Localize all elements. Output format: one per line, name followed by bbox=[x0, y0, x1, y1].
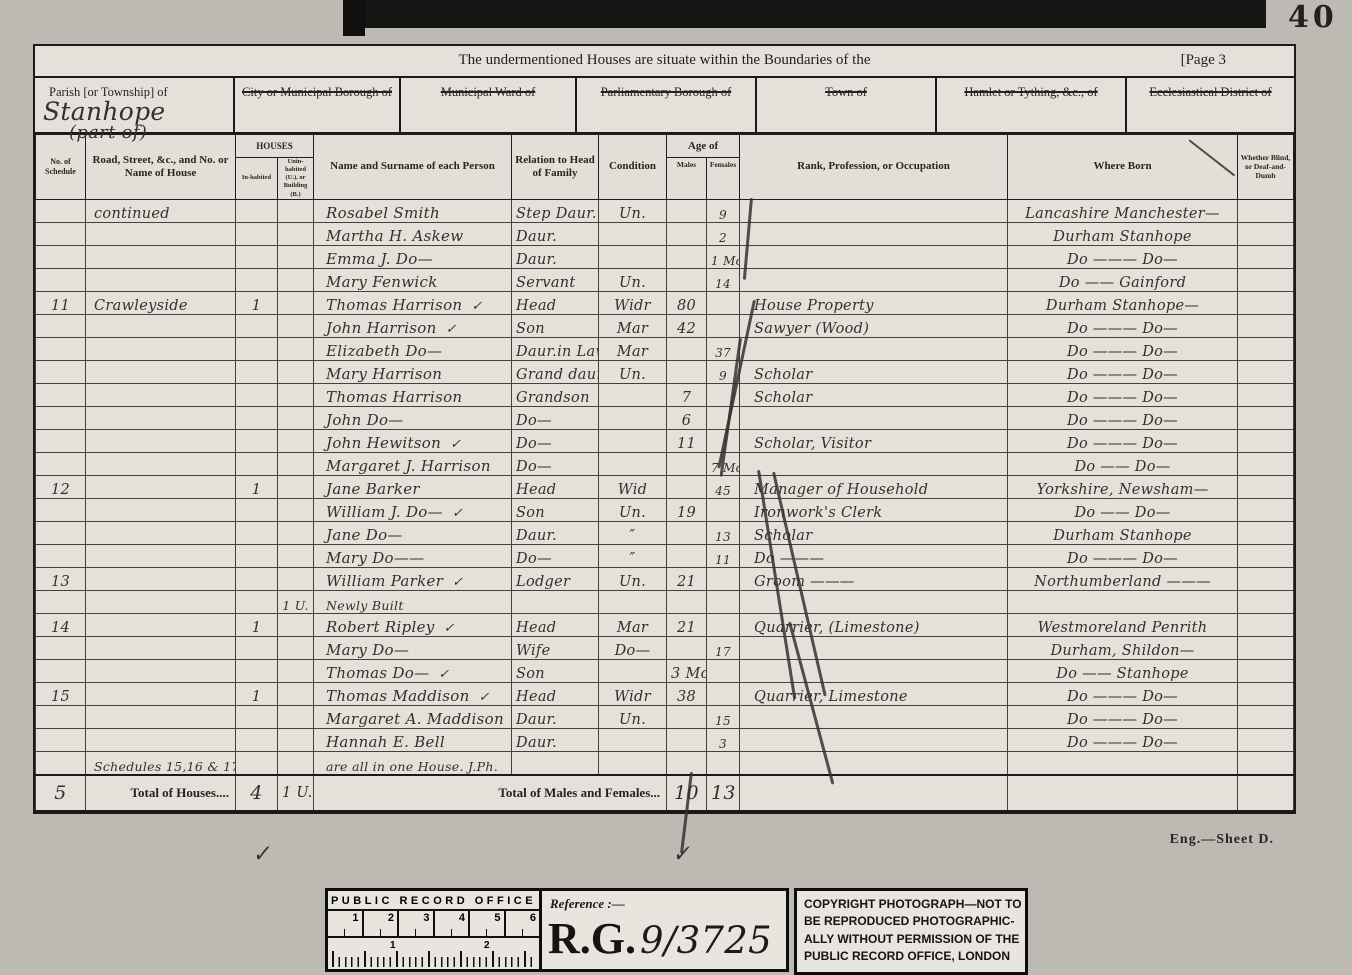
cell-name: William J. Do—✓ bbox=[314, 498, 512, 521]
cell-uninh bbox=[278, 199, 314, 222]
cell-road bbox=[86, 544, 236, 567]
cell-m bbox=[667, 452, 707, 475]
cell-inh bbox=[236, 498, 278, 521]
census-row: William J. Do—✓SonUn.19Ironwork's ClerkD… bbox=[36, 498, 1294, 521]
cell-name: Rosabel Smith bbox=[314, 199, 512, 222]
cell-inh bbox=[236, 544, 278, 567]
cell-born: Durham Stanhope— bbox=[1008, 291, 1238, 314]
ruler-inch-mark: 2 bbox=[364, 911, 400, 936]
cell-sch bbox=[36, 360, 86, 383]
cell-uninh bbox=[278, 475, 314, 498]
copyright-line: BE REPRODUCED PHOTOGRAPHIC- bbox=[804, 913, 1018, 930]
check-mark-icon: ✓ bbox=[438, 667, 449, 682]
cell-cond bbox=[599, 452, 667, 475]
cell-inh bbox=[236, 406, 278, 429]
cell-name: William Parker✓ bbox=[314, 567, 512, 590]
census-row: John Do—Do—6Do ——— Do— bbox=[36, 406, 1294, 429]
cell-rel: Son bbox=[512, 659, 599, 682]
cell-name: Margaret A. Maddison bbox=[314, 705, 512, 728]
cell-uninh bbox=[278, 314, 314, 337]
cell-blind bbox=[1238, 360, 1294, 383]
cell-m bbox=[667, 337, 707, 360]
cell-name: Thomas Maddison✓ bbox=[314, 682, 512, 705]
cell-rel: Son bbox=[512, 498, 599, 521]
cell-m bbox=[667, 636, 707, 659]
cell-m bbox=[667, 544, 707, 567]
cell-sch bbox=[36, 728, 86, 751]
cell-name: are all in one House. J.Ph. bbox=[314, 751, 512, 775]
cell-road bbox=[86, 314, 236, 337]
cell-road bbox=[86, 659, 236, 682]
census-row: John Hewitson✓Do—11Scholar, VisitorDo ——… bbox=[36, 429, 1294, 452]
census-row: Thomas HarrisonGrandson7ScholarDo ——— Do… bbox=[36, 383, 1294, 406]
cell-road bbox=[86, 452, 236, 475]
cell-sch bbox=[36, 268, 86, 291]
cell-name: Robert Ripley✓ bbox=[314, 613, 512, 636]
cell-born: Westmoreland Penrith bbox=[1008, 613, 1238, 636]
ruler-inch-mark: 4 bbox=[435, 911, 471, 936]
cell-uninh bbox=[278, 705, 314, 728]
folio-number: 40 bbox=[1288, 0, 1338, 35]
cell-f: 37 bbox=[707, 337, 740, 360]
cell-born: Do ——— Do— bbox=[1008, 429, 1238, 452]
cell-rel: Daur. bbox=[512, 222, 599, 245]
cell-f: 9 bbox=[707, 199, 740, 222]
cell-occ: Scholar bbox=[740, 521, 1008, 544]
census-scan-page: 40 The undermentioned Houses are situate… bbox=[0, 0, 1352, 975]
hamlet-box: Hamlet or Tything, &c., of bbox=[937, 78, 1127, 132]
cell-inh bbox=[236, 268, 278, 291]
cell-inh: 1 bbox=[236, 291, 278, 314]
cell-road bbox=[86, 383, 236, 406]
cell-cond: Un. bbox=[599, 360, 667, 383]
cell-occ bbox=[740, 199, 1008, 222]
cell-cond bbox=[599, 245, 667, 268]
census-row: Martha H. AskewDaur.2Durham Stanhope bbox=[36, 222, 1294, 245]
col-header-name: Name and Surname of each Person bbox=[314, 135, 512, 200]
cell-blind bbox=[1238, 636, 1294, 659]
cell-born: Do —— Gainford bbox=[1008, 268, 1238, 291]
census-row: John Harrison✓SonMar42Sawyer (Wood)Do ——… bbox=[36, 314, 1294, 337]
cell-inh bbox=[236, 245, 278, 268]
cell-m bbox=[667, 590, 707, 613]
cell-rel: Daur. bbox=[512, 705, 599, 728]
cell-inh bbox=[236, 429, 278, 452]
census-row: 13William Parker✓LodgerUn.21Groom ———Nor… bbox=[36, 567, 1294, 590]
cell-sch bbox=[36, 314, 86, 337]
col-header-females: Females bbox=[707, 158, 740, 200]
totals-schedule: 5 bbox=[36, 775, 86, 811]
cell-cond bbox=[599, 429, 667, 452]
cell-rel: Do— bbox=[512, 452, 599, 475]
cell-inh bbox=[236, 360, 278, 383]
cell-uninh bbox=[278, 751, 314, 775]
cell-sch bbox=[36, 521, 86, 544]
cell-f bbox=[707, 498, 740, 521]
cell-sch: 14 bbox=[36, 613, 86, 636]
cell-cond: ″ bbox=[599, 544, 667, 567]
cell-cond bbox=[599, 590, 667, 613]
cell-rel: Daur. bbox=[512, 245, 599, 268]
cell-blind bbox=[1238, 613, 1294, 636]
cell-m bbox=[667, 705, 707, 728]
cell-f: 2 bbox=[707, 222, 740, 245]
cell-blind bbox=[1238, 268, 1294, 291]
cell-f: 1 Mo bbox=[707, 245, 740, 268]
cell-name: Mary Do—— bbox=[314, 544, 512, 567]
cell-f: 3 bbox=[707, 728, 740, 751]
cell-inh bbox=[236, 751, 278, 775]
sheet-caption: The undermentioned Houses are situate wi… bbox=[35, 52, 1294, 69]
cell-blind bbox=[1238, 245, 1294, 268]
cell-m: 21 bbox=[667, 613, 707, 636]
cell-rel: Do— bbox=[512, 406, 599, 429]
cell-occ: Ironwork's Clerk bbox=[740, 498, 1008, 521]
cell-inh bbox=[236, 636, 278, 659]
cell-rel: Grandson bbox=[512, 383, 599, 406]
page-number-label: [Page 3 bbox=[1181, 52, 1226, 69]
cell-blind bbox=[1238, 199, 1294, 222]
totals-uninhabited: 1 U. bbox=[278, 775, 314, 811]
cell-rel bbox=[512, 751, 599, 775]
cell-blind bbox=[1238, 475, 1294, 498]
cell-road bbox=[86, 429, 236, 452]
cell-born: Do ——— Do— bbox=[1008, 245, 1238, 268]
cell-rel: Head bbox=[512, 475, 599, 498]
town-label: Town of bbox=[825, 85, 867, 99]
cell-sch bbox=[36, 705, 86, 728]
census-row: 1 U.Newly Built bbox=[36, 590, 1294, 613]
cell-sch bbox=[36, 337, 86, 360]
cell-born: Do ——— Do— bbox=[1008, 728, 1238, 751]
margin-check-mark: ✓ bbox=[251, 841, 272, 868]
cell-rel: Do— bbox=[512, 544, 599, 567]
cell-name: Emma J. Do— bbox=[314, 245, 512, 268]
ruler-cm-mark: 1 bbox=[390, 940, 396, 951]
cell-uninh bbox=[278, 245, 314, 268]
census-row: 151Thomas Maddison✓HeadWidr38Quarrier, L… bbox=[36, 682, 1294, 705]
cell-born: Do ——— Do— bbox=[1008, 383, 1238, 406]
cell-m: 38 bbox=[667, 682, 707, 705]
cell-rel: Son bbox=[512, 314, 599, 337]
caption-row: The undermentioned Houses are situate wi… bbox=[35, 46, 1294, 78]
cell-born bbox=[1008, 590, 1238, 613]
ecclesiastical-district-label: Ecclesiastical District of bbox=[1149, 85, 1271, 99]
col-header-occupation: Rank, Profession, or Occupation bbox=[740, 135, 1008, 200]
cell-uninh bbox=[278, 682, 314, 705]
cell-uninh bbox=[278, 728, 314, 751]
cell-road: Crawleyside bbox=[86, 291, 236, 314]
cell-road bbox=[86, 728, 236, 751]
totals-occupation-blank bbox=[740, 775, 1008, 811]
cell-uninh bbox=[278, 452, 314, 475]
cell-rel: Daur. bbox=[512, 521, 599, 544]
cell-road bbox=[86, 245, 236, 268]
cell-road bbox=[86, 567, 236, 590]
cell-occ: House Property bbox=[740, 291, 1008, 314]
pro-ruler-card: PUBLIC RECORD OFFICE 1 2 3 4 5 6 1 2 Ref bbox=[325, 888, 789, 972]
cell-born: Do ——— Do— bbox=[1008, 544, 1238, 567]
parish-box: Parish [or Township] of Stanhope (part o… bbox=[35, 78, 235, 132]
check-mark-icon: ✓ bbox=[479, 690, 490, 705]
cell-sch: 11 bbox=[36, 291, 86, 314]
cell-uninh bbox=[278, 613, 314, 636]
cell-uninh bbox=[278, 291, 314, 314]
cell-road: continued bbox=[86, 199, 236, 222]
cell-blind bbox=[1238, 521, 1294, 544]
col-header-houses: HOUSES bbox=[236, 135, 314, 158]
cell-rel: Wife bbox=[512, 636, 599, 659]
col-header-infirmity: Whether Blind, or Deaf-and-Dumb bbox=[1238, 135, 1294, 200]
cell-cond bbox=[599, 728, 667, 751]
parliamentary-borough-box: Parliamentary Borough of bbox=[577, 78, 757, 132]
totals-born-blank bbox=[1008, 775, 1238, 811]
cell-blind bbox=[1238, 659, 1294, 682]
cell-cond bbox=[599, 659, 667, 682]
cell-f bbox=[707, 406, 740, 429]
census-row: Jane Do—Daur.″13ScholarDurham Stanhope bbox=[36, 521, 1294, 544]
cell-name: Margaret J. Harrison bbox=[314, 452, 512, 475]
cell-occ: Do ——— bbox=[740, 544, 1008, 567]
margin-check-mark: ✓ bbox=[671, 841, 691, 867]
cell-rel: Head bbox=[512, 291, 599, 314]
ruler-cm-mark: 2 bbox=[484, 940, 490, 951]
cell-f: 11 bbox=[707, 544, 740, 567]
ruler-centimetres: 1 2 bbox=[328, 938, 539, 969]
cell-m bbox=[667, 475, 707, 498]
cell-uninh bbox=[278, 222, 314, 245]
cell-inh bbox=[236, 199, 278, 222]
reference-series: R.G. bbox=[548, 914, 636, 963]
cell-occ: Groom ——— bbox=[740, 567, 1008, 590]
cell-road bbox=[86, 337, 236, 360]
cell-name: Mary Harrison bbox=[314, 360, 512, 383]
cell-f: 45 bbox=[707, 475, 740, 498]
reference-box: Reference :— R.G.9/3725 bbox=[542, 891, 786, 969]
sheet-series-label: Eng.—Sheet D. bbox=[1170, 832, 1274, 848]
cell-blind bbox=[1238, 544, 1294, 567]
col-header-inhabited: In-habited bbox=[236, 158, 278, 200]
cell-road bbox=[86, 705, 236, 728]
census-row: Elizabeth Do—Daur.in LawMar37Do ——— Do— bbox=[36, 337, 1294, 360]
cell-m: 19 bbox=[667, 498, 707, 521]
cell-road bbox=[86, 222, 236, 245]
cell-f bbox=[707, 314, 740, 337]
cell-rel: Step Daur. bbox=[512, 199, 599, 222]
check-mark-icon: ✓ bbox=[444, 621, 455, 636]
census-row: 141Robert Ripley✓HeadMar21Quarrier, (Lim… bbox=[36, 613, 1294, 636]
cell-f: 13 bbox=[707, 521, 740, 544]
cell-road: Schedules 15,16 & 17 bbox=[86, 751, 236, 775]
cell-f bbox=[707, 659, 740, 682]
cell-blind bbox=[1238, 751, 1294, 775]
cell-name: Newly Built bbox=[314, 590, 512, 613]
cell-born: Northumberland ——— bbox=[1008, 567, 1238, 590]
copyright-line: ALLY WITHOUT PERMISSION OF THE bbox=[804, 931, 1018, 948]
cell-occ bbox=[740, 705, 1008, 728]
cell-born: Do —— Stanhope bbox=[1008, 659, 1238, 682]
cell-name: Thomas Do—✓ bbox=[314, 659, 512, 682]
cell-born: Yorkshire, Newsham— bbox=[1008, 475, 1238, 498]
cell-m: 42 bbox=[667, 314, 707, 337]
cell-m: 3 Mo bbox=[667, 659, 707, 682]
census-row: Hannah E. BellDaur.3Do ——— Do— bbox=[36, 728, 1294, 751]
cell-uninh: 1 U. bbox=[278, 590, 314, 613]
pro-office-title: PUBLIC RECORD OFFICE bbox=[328, 891, 539, 911]
cell-uninh bbox=[278, 337, 314, 360]
cell-blind bbox=[1238, 314, 1294, 337]
cell-m bbox=[667, 268, 707, 291]
copyright-line: COPYRIGHT PHOTOGRAPH—NOT TO bbox=[804, 896, 1018, 913]
cell-rel: Daur. bbox=[512, 728, 599, 751]
cell-born: Do ——— Do— bbox=[1008, 682, 1238, 705]
scan-black-notch bbox=[343, 0, 365, 36]
census-table-body: continuedRosabel SmithStep Daur.Un.9Lanc… bbox=[36, 199, 1294, 775]
cell-cond: Un. bbox=[599, 199, 667, 222]
census-row: Mary Do——Do—″11Do ———Do ——— Do— bbox=[36, 544, 1294, 567]
cell-m: 80 bbox=[667, 291, 707, 314]
cell-occ bbox=[740, 452, 1008, 475]
municipal-borough-label: City or Municipal Borough of bbox=[242, 85, 392, 99]
cell-m: 6 bbox=[667, 406, 707, 429]
cell-occ: Scholar bbox=[740, 383, 1008, 406]
municipal-ward-box: Municipal Ward of bbox=[401, 78, 577, 132]
cell-uninh bbox=[278, 544, 314, 567]
cell-m bbox=[667, 521, 707, 544]
totals-males-females-label: Total of Males and Females... bbox=[314, 775, 667, 811]
cell-m bbox=[667, 751, 707, 775]
census-row: 121Jane BarkerHeadWid45Manager of Househ… bbox=[36, 475, 1294, 498]
cell-f: 7 Mo bbox=[707, 452, 740, 475]
cell-sch bbox=[36, 751, 86, 775]
cell-f: 14 bbox=[707, 268, 740, 291]
cell-inh bbox=[236, 314, 278, 337]
cell-occ bbox=[740, 636, 1008, 659]
cell-cond: ″ bbox=[599, 521, 667, 544]
cell-cond: Mar bbox=[599, 314, 667, 337]
cell-sch: 15 bbox=[36, 682, 86, 705]
cell-road bbox=[86, 590, 236, 613]
cell-name: Mary Do— bbox=[314, 636, 512, 659]
cell-born: Do ——— Do— bbox=[1008, 360, 1238, 383]
cell-blind bbox=[1238, 705, 1294, 728]
cell-f: 17 bbox=[707, 636, 740, 659]
cell-inh bbox=[236, 222, 278, 245]
cell-sch bbox=[36, 383, 86, 406]
cell-inh bbox=[236, 521, 278, 544]
reference-piece-number: 9/3725 bbox=[640, 919, 772, 962]
cell-born: Durham Stanhope bbox=[1008, 521, 1238, 544]
check-mark-icon: ✓ bbox=[450, 437, 461, 452]
cell-uninh bbox=[278, 636, 314, 659]
cell-road bbox=[86, 613, 236, 636]
cell-name: John Harrison✓ bbox=[314, 314, 512, 337]
cell-m bbox=[667, 222, 707, 245]
cell-inh: 1 bbox=[236, 682, 278, 705]
cell-born: Do ——— Do— bbox=[1008, 406, 1238, 429]
cell-f bbox=[707, 383, 740, 406]
cell-cond: Un. bbox=[599, 567, 667, 590]
cell-uninh bbox=[278, 406, 314, 429]
cell-m: 7 bbox=[667, 383, 707, 406]
pro-reference-strip: PUBLIC RECORD OFFICE 1 2 3 4 5 6 1 2 Ref bbox=[325, 888, 1028, 975]
copyright-line: PUBLIC RECORD OFFICE, LONDON bbox=[804, 948, 1018, 965]
cell-cond: Wid bbox=[599, 475, 667, 498]
cell-occ bbox=[740, 406, 1008, 429]
totals-row: 5 Total of Houses.... 4 1 U. Total of Ma… bbox=[36, 775, 1294, 811]
cell-rel: Grand daur bbox=[512, 360, 599, 383]
cell-road bbox=[86, 268, 236, 291]
cell-f bbox=[707, 613, 740, 636]
cell-blind bbox=[1238, 383, 1294, 406]
totals-inhabited: 4 bbox=[236, 775, 278, 811]
cell-name: Thomas Harrison bbox=[314, 383, 512, 406]
check-mark-icon: ✓ bbox=[452, 506, 463, 521]
cell-born: Do ——— Do— bbox=[1008, 705, 1238, 728]
cell-name: John Do— bbox=[314, 406, 512, 429]
reference-value: R.G.9/3725 bbox=[548, 913, 772, 964]
cell-inh: 1 bbox=[236, 475, 278, 498]
census-row: 11Crawleyside1Thomas Harrison✓HeadWidr80… bbox=[36, 291, 1294, 314]
cell-inh bbox=[236, 590, 278, 613]
census-row: Margaret A. MaddisonDaur.Un.15Do ——— Do— bbox=[36, 705, 1294, 728]
cell-uninh bbox=[278, 521, 314, 544]
cell-blind bbox=[1238, 498, 1294, 521]
cell-cond: Do— bbox=[599, 636, 667, 659]
parliamentary-borough-label: Parliamentary Borough of bbox=[601, 85, 732, 99]
cell-m bbox=[667, 360, 707, 383]
census-row: Mary Do—WifeDo—17Durham, Shildon— bbox=[36, 636, 1294, 659]
cell-f bbox=[707, 567, 740, 590]
totals-males: 10 bbox=[667, 775, 707, 811]
cell-occ bbox=[740, 751, 1008, 775]
cell-blind bbox=[1238, 590, 1294, 613]
check-mark-icon: ✓ bbox=[446, 322, 457, 337]
cell-sch: 12 bbox=[36, 475, 86, 498]
cell-blind bbox=[1238, 567, 1294, 590]
cell-sch bbox=[36, 222, 86, 245]
cell-occ bbox=[740, 268, 1008, 291]
cell-sch bbox=[36, 452, 86, 475]
cell-rel: Head bbox=[512, 682, 599, 705]
cell-f bbox=[707, 590, 740, 613]
municipal-ward-label: Municipal Ward of bbox=[441, 85, 536, 99]
cell-occ bbox=[740, 728, 1008, 751]
col-header-males: Males bbox=[667, 158, 707, 200]
cell-occ bbox=[740, 337, 1008, 360]
cell-uninh bbox=[278, 383, 314, 406]
pro-ruler: PUBLIC RECORD OFFICE 1 2 3 4 5 6 1 2 bbox=[328, 891, 542, 969]
cell-uninh bbox=[278, 498, 314, 521]
totals-houses-label: Total of Houses.... bbox=[86, 775, 236, 811]
cell-born: Do ——— Do— bbox=[1008, 337, 1238, 360]
cell-sch bbox=[36, 590, 86, 613]
parish-value-sub: (part of) bbox=[69, 122, 147, 145]
scan-black-band bbox=[348, 0, 1266, 28]
cell-road bbox=[86, 498, 236, 521]
hamlet-label: Hamlet or Tything, &c., of bbox=[964, 85, 1097, 99]
cell-born bbox=[1008, 751, 1238, 775]
locality-header-boxes: Parish [or Township] of Stanhope (part o… bbox=[35, 78, 1294, 134]
cell-road bbox=[86, 636, 236, 659]
cell-road bbox=[86, 360, 236, 383]
municipal-borough-box: City or Municipal Borough of bbox=[235, 78, 401, 132]
cell-name: Martha H. Askew bbox=[314, 222, 512, 245]
cell-sch bbox=[36, 544, 86, 567]
totals-females: 13 bbox=[707, 775, 740, 811]
census-row: Mary FenwickServantUn.14Do —— Gainford bbox=[36, 268, 1294, 291]
cell-inh bbox=[236, 567, 278, 590]
